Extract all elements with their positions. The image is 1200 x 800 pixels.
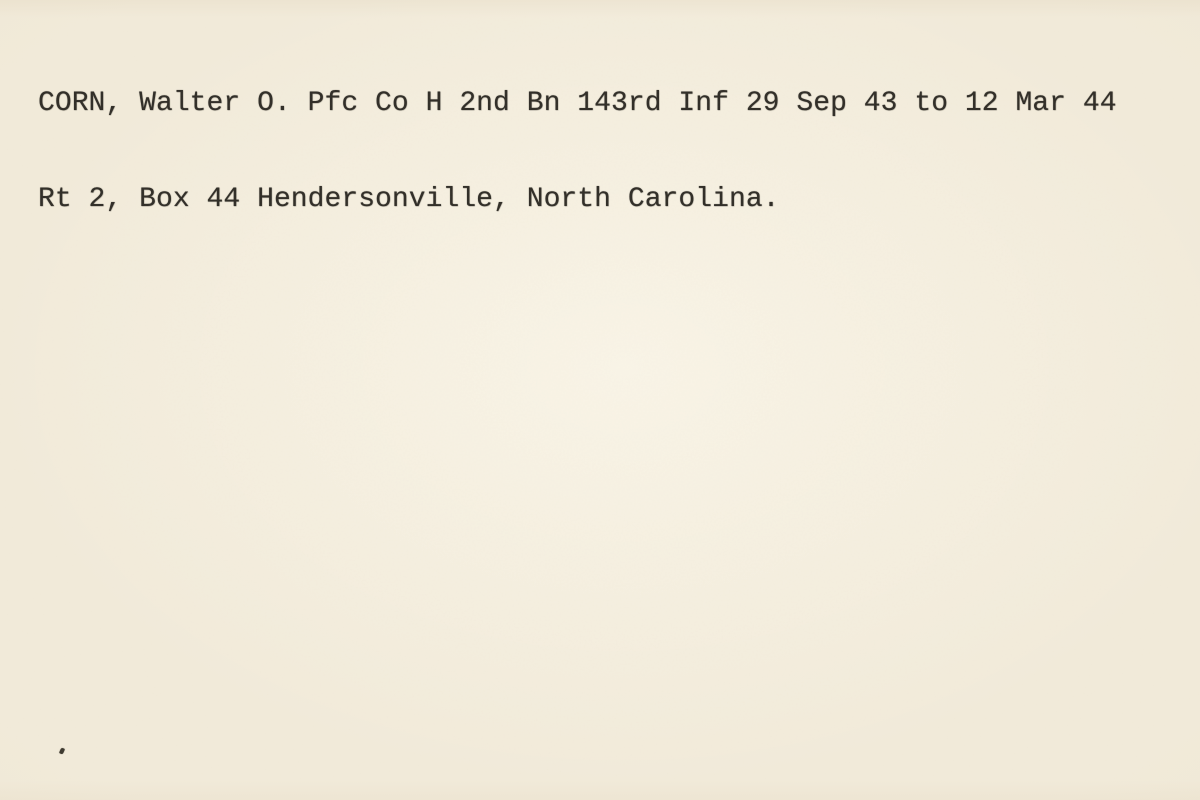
ink-speck <box>59 747 65 754</box>
typed-text-block: CORN, Walter O. Pfc Co H 2nd Bn 143rd In… <box>38 24 1117 280</box>
typed-line-2: Rt 2, Box 44 Hendersonville, North Carol… <box>38 184 1117 216</box>
index-card: CORN, Walter O. Pfc Co H 2nd Bn 143rd In… <box>0 0 1200 800</box>
typed-line-1: CORN, Walter O. Pfc Co H 2nd Bn 143rd In… <box>38 88 1117 120</box>
